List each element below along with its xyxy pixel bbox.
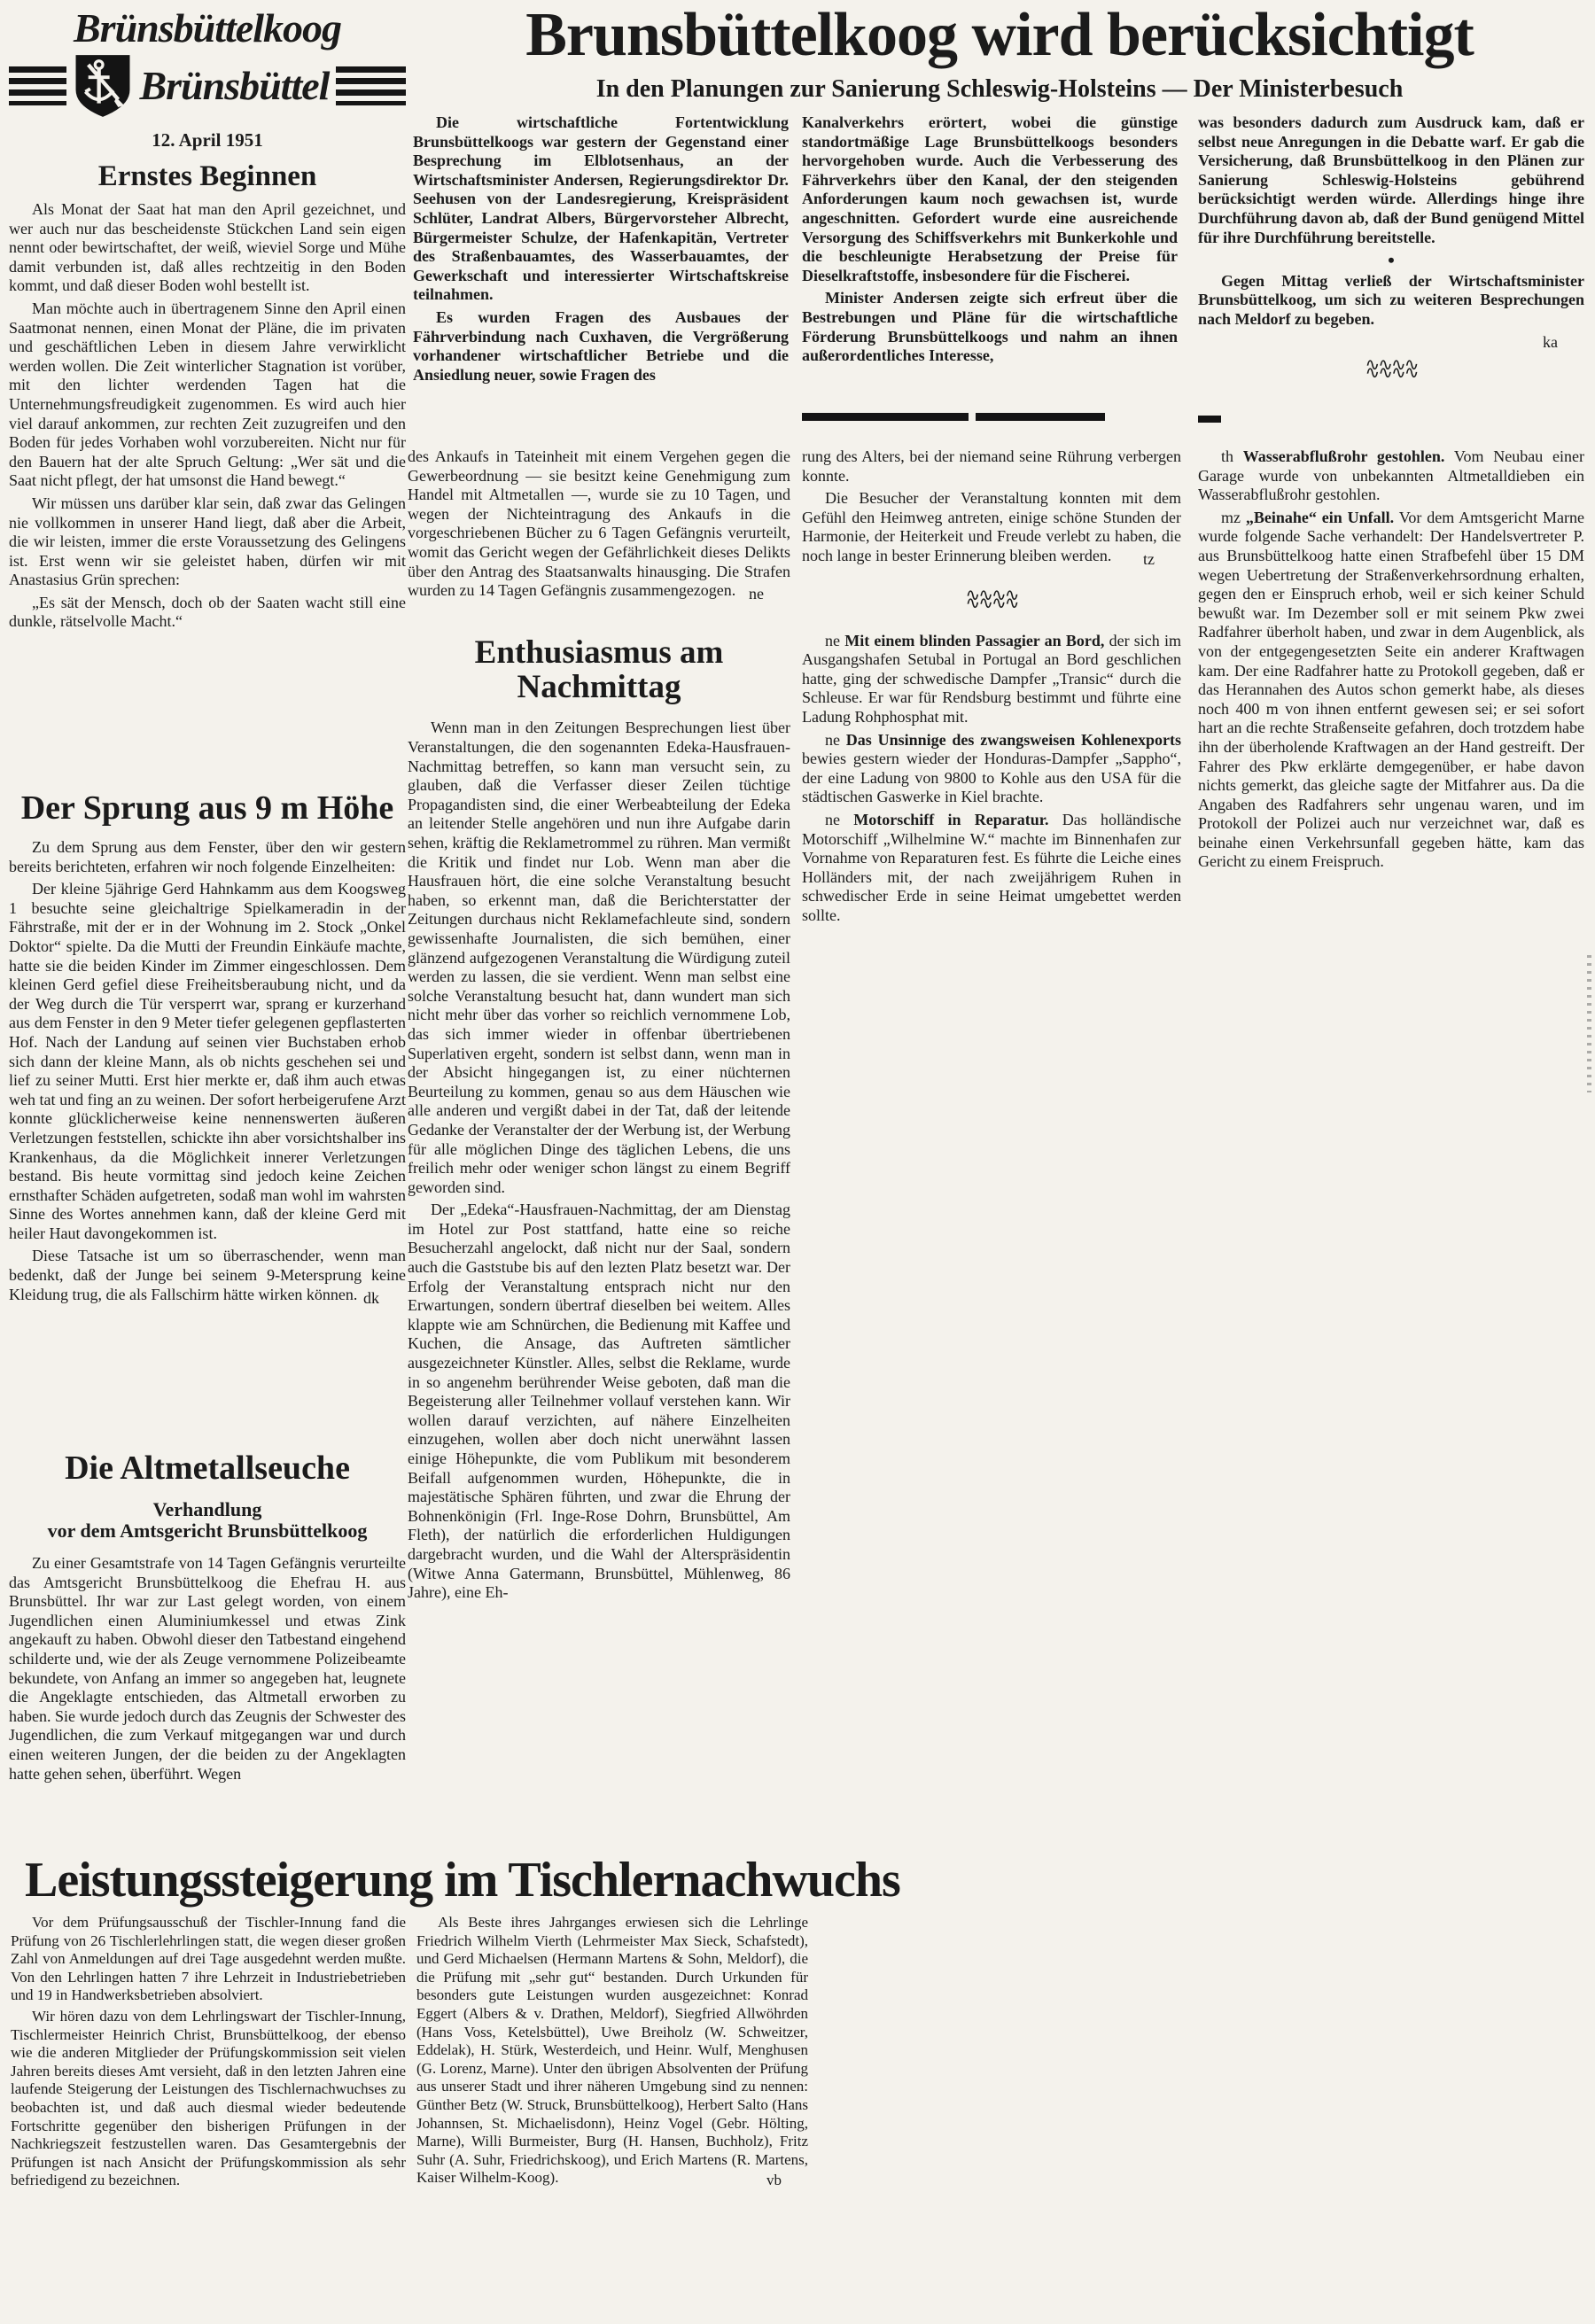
paragraph: Als Monat der Saat hat man den April gez… [9, 200, 406, 296]
tischler-col1: Vor dem Prüfungsausschuß der Tischler-In… [11, 1914, 406, 2193]
masthead: Brünsbüttelkoog Brünsbüttel [9, 7, 406, 119]
ernstes-paragraphs: Als Monat der Saat hat man den April gez… [9, 200, 406, 632]
enthusiasmus-headline: Enthusiasmus am Nachmittag [408, 636, 790, 705]
paragraph: Vor dem Prüfungsausschuß der Tischler-In… [11, 1914, 406, 2005]
paragraph: Wenn man in den Zeitungen Besprechungen … [408, 719, 790, 1197]
paragraph: Wir hören dazu von dem Lehrlingswart der… [11, 2008, 406, 2190]
main-article-col1: Die wirtschaftliche Fortentwicklung Brun… [413, 113, 789, 388]
section-divider-bar [802, 413, 969, 421]
altmetall-paragraph-col2: des Ankaufs in Tateinheit mit einem Verg… [408, 447, 790, 601]
lower-col3: rung des Alters, bei der niemand seine R… [802, 447, 1181, 929]
lower-col2: des Ankaufs in Tateinheit mit einem Verg… [408, 447, 790, 1606]
squiggle-ornament-icon: ∿∿∿∿ ∿∿∿∿ [802, 591, 1181, 607]
bullet-separator: • [1198, 251, 1584, 270]
section-divider-bar [1198, 416, 1221, 423]
main-article-col1-paragraphs: Die wirtschaftliche Fortentwicklung Brun… [413, 113, 789, 385]
main-article-paragraph: was besonders dadurch zum Ausdruck kam, … [1198, 113, 1584, 247]
news-item-lead: „Beinahe“ ein Unfall. [1246, 509, 1394, 526]
news-item-sig: ne [825, 632, 840, 649]
main-headline-block: Brunsbüttelkoog wird berücksichtigt In d… [408, 4, 1591, 104]
paragraph: Wir müssen uns darüber klar sein, daß zw… [9, 494, 406, 590]
news-item: th Wasserabflußrohr gestohlen. Vom Neuba… [1198, 447, 1584, 505]
news-item-sig: th [1221, 447, 1233, 465]
paragraph: „Es sät der Mensch, doch ob der Saaten w… [9, 594, 406, 632]
altmetall-subhead: Verhandlung vor dem Amtsgericht Brunsbüt… [9, 1499, 406, 1542]
news-item-text: Vor dem Amtsgericht Marne wurde folgende… [1198, 509, 1584, 871]
news-item-text: bewies gestern wieder der Honduras-Dampf… [802, 750, 1181, 805]
main-article-col3: was besonders dadurch zum Ausdruck kam, … [1198, 113, 1584, 378]
sprung-headline: Der Sprung aus 9 m Höhe [9, 791, 406, 827]
enthusiasmus-paragraphs: Wenn man in den Zeitungen Besprechungen … [408, 719, 790, 1602]
tischler-col2: Als Beste ihres Jahrganges erwiesen sich… [416, 1914, 808, 2190]
news-item-sig: ne [825, 811, 840, 828]
tischler-col1-paragraphs: Vor dem Prüfungsausschuß der Tischler-In… [11, 1914, 406, 2190]
news-item: ne Mit einem blinden Passagier an Bord, … [802, 632, 1181, 727]
masthead-title-line1: Brünsbüttelkoog [9, 7, 406, 50]
anchor-crest-icon [74, 53, 132, 119]
news-item-lead: Wasserabflußrohr gestohlen. [1243, 447, 1445, 465]
altmetall-article-col1: Zu einer Gesamtstrafe von 14 Tagen Gefän… [9, 1554, 406, 1787]
news-item-lead: Das Unsinnige des zwangsweisen Kohlenexp… [846, 731, 1181, 749]
paragraph: Der „Edeka“-Hausfrauen-Nachmittag, der a… [408, 1201, 790, 1602]
masthead-stripes-left-icon [9, 66, 66, 105]
tischler-paragraph: Als Beste ihres Jahrganges erwiesen sich… [416, 1914, 808, 2188]
news-item: ne Motorschiff in Reparatur. Das holländ… [802, 811, 1181, 926]
ernstes-headline: Ernstes Beginnen [9, 161, 406, 192]
lower-col4: th Wasserabflußrohr gestohlen. Vom Neuba… [1198, 447, 1584, 875]
paragraph: Zu dem Sprung aus dem Fenster, über den … [9, 838, 406, 876]
main-subheadline: In den Planungen zur Sanierung Schleswig… [408, 75, 1591, 104]
paragraph: Man möchte auch in übertragenem Sinne de… [9, 299, 406, 491]
main-headline: Brunsbüttelkoog wird berücksichtigt [408, 4, 1591, 66]
masthead-stripes-right-icon [336, 66, 406, 105]
sprung-paragraphs: Zu dem Sprung aus dem Fenster, über den … [9, 838, 406, 1304]
paragraph: Diese Tatsache ist um so überraschender,… [9, 1247, 406, 1304]
altmetall-subhead-line1: Verhandlung [9, 1499, 406, 1520]
news-item: ne Das Unsinnige des zwangsweisen Kohlen… [802, 731, 1181, 807]
altmetall-paragraph: Zu einer Gesamtstrafe von 14 Tagen Gefän… [9, 1554, 406, 1784]
ernstes-article: Als Monat der Saat hat man den April gez… [9, 200, 406, 635]
news-item: mz „Beinahe“ ein Unfall. Vor dem Amtsger… [1198, 509, 1584, 872]
squiggle-ornament-icon: ∿∿∿∿ ∿∿∿∿ [1198, 361, 1584, 377]
paragraph: Der kleine 5jährige Gerd Hahnkamm aus de… [9, 880, 406, 1243]
dateline: 12. April 1951 [9, 129, 406, 152]
sprung-article: Zu dem Sprung aus dem Fenster, über den … [9, 838, 406, 1308]
main-article-paragraph: Gegen Mittag verließ der Wirtschaftsmini… [1198, 272, 1584, 330]
main-article-signature: ka [1198, 333, 1584, 353]
paragraph: Die wirtschaftliche Fortentwicklung Brun… [413, 113, 789, 305]
paragraph: Es wurden Fragen des Ausbaues der Fährve… [413, 308, 789, 385]
tischler-headline: Leistungssteigerung im Tischlernachwuchs [25, 1855, 1177, 1905]
scan-artifact [1587, 955, 1591, 1092]
altmetall-headline: Die Altmetallseuche [9, 1451, 406, 1487]
newspaper-page: Brünsbüttelkoog Brünsbüttel 12. April 19… [0, 0, 1595, 2324]
main-article-col2: Kanalverkehrs erörtert, wobei die günsti… [802, 113, 1178, 369]
section-divider-bar [976, 413, 1105, 421]
news-item-sig: ne [825, 731, 840, 749]
main-article-paragraph: Minister Andersen zeigte sich erfreut üb… [802, 289, 1178, 365]
masthead-title-line2: Brünsbüttel [139, 65, 329, 107]
news-item-sig: mz [1221, 509, 1241, 526]
alters-paragraph: rung des Alters, bei der niemand seine R… [802, 447, 1181, 486]
main-article-paragraph: Kanalverkehrs erörtert, wobei die günsti… [802, 113, 1178, 285]
news-item-lead: Mit einem blinden Passagier an Bord, [844, 632, 1104, 649]
news-item-lead: Motorschiff in Reparatur. [853, 811, 1048, 828]
altmetall-subhead-line2: vor dem Amtsgericht Brunsbüttelkoog [9, 1520, 406, 1542]
